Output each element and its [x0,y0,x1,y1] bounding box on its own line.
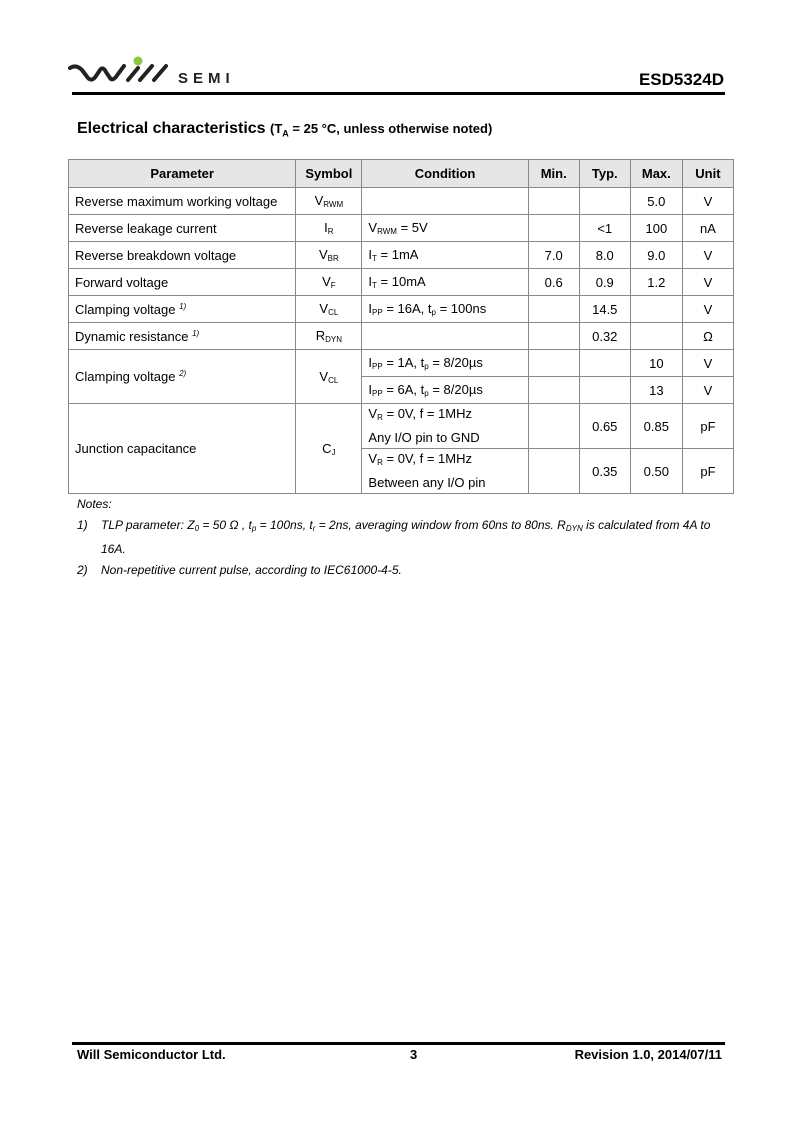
table-row: Forward voltage VF IT = 10mA 0.6 0.9 1.2… [69,269,734,296]
note-item: 1) TLP parameter: Z0 = 50 Ω , tp = 100ns… [77,515,737,560]
section-title: Electrical characteristics (TA = 25 °C, … [77,120,492,139]
electrical-characteristics-table: Parameter Symbol Condition Min. Typ. Max… [68,159,734,494]
logo-wordmark: SEMI [178,70,235,87]
table-row: Reverse leakage current IR VRWM = 5V <1 … [69,215,734,242]
part-number: ESD5324D [639,70,724,90]
table-row: Junction capacitance CJ VR = 0V, f = 1MH… [69,404,734,449]
table-row: Clamping voltage 1) VCL IPP = 16A, tp = … [69,296,734,323]
footer-revision: Revision 1.0, 2014/07/11 [575,1047,722,1062]
table-header-row: Parameter Symbol Condition Min. Typ. Max… [69,160,734,188]
table-row: Clamping voltage 2) VCL IPP = 1A, tp = 8… [69,350,734,377]
notes-heading: Notes: [77,494,737,515]
notes: Notes: 1) TLP parameter: Z0 = 50 Ω , tp … [77,494,737,581]
header-unit: Unit [682,160,733,188]
table-row: Reverse maximum working voltage VRWM 5.0… [69,188,734,215]
footer-page-number: 3 [410,1047,417,1062]
header-typ: Typ. [579,160,630,188]
table-row: Reverse breakdown voltage VBR IT = 1mA 7… [69,242,734,269]
note-item: 2) Non-repetitive current pulse, accordi… [77,560,737,581]
header-parameter: Parameter [69,160,296,188]
footer-divider [72,1042,725,1045]
header-condition: Condition [362,160,528,188]
section-condition: (TA = 25 °C, unless otherwise noted) [270,121,492,136]
header-max: Max. [630,160,682,188]
footer-company: Will Semiconductor Ltd. [77,1047,226,1062]
header-min: Min. [528,160,579,188]
table-row: Dynamic resistance 1) RDYN 0.32 Ω [69,323,734,350]
header-divider [72,92,725,95]
section-title-text: Electrical characteristics [77,120,266,137]
header-symbol: Symbol [296,160,362,188]
